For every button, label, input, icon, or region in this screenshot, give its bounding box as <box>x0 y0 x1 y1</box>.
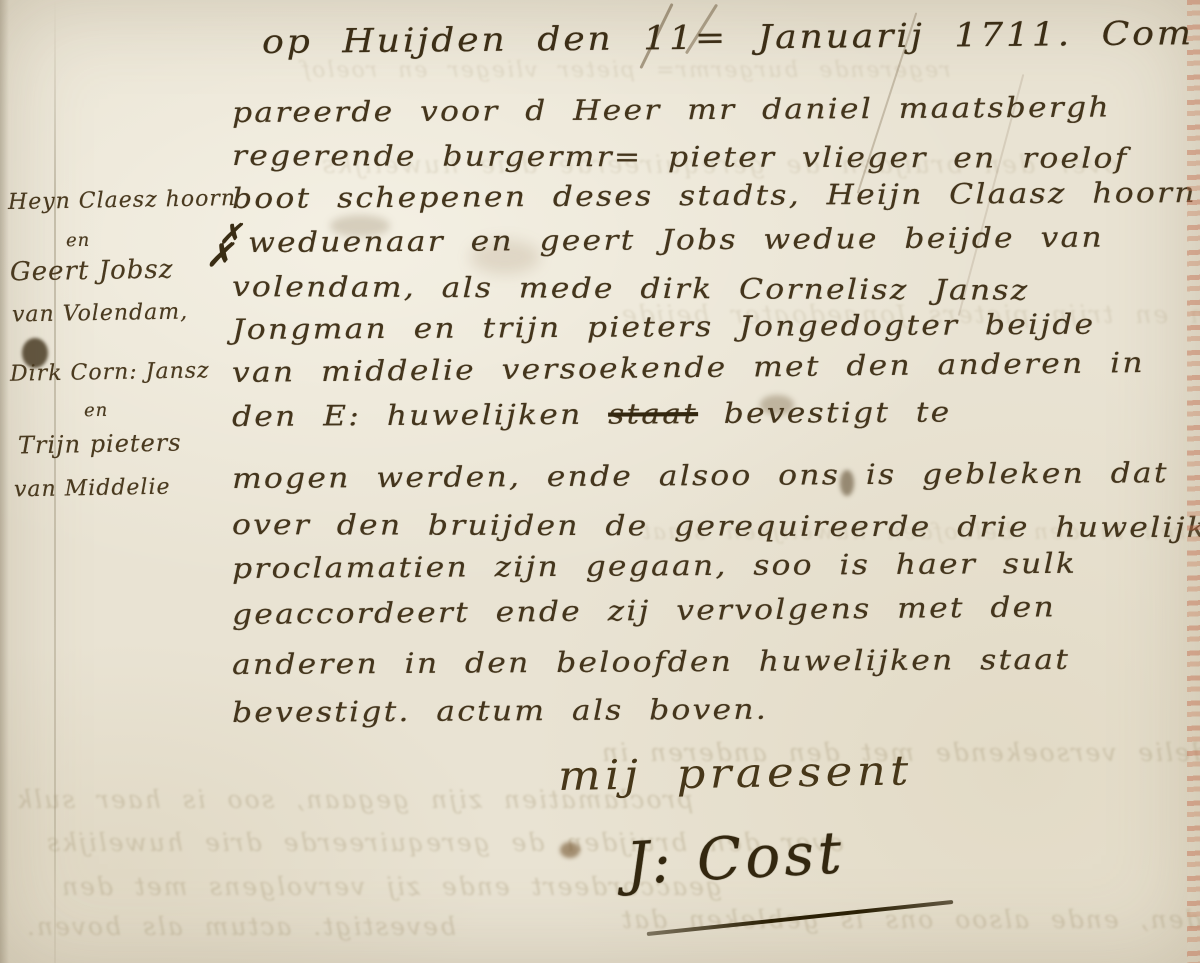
body-line-segment: den E: huwelijken <box>232 398 583 433</box>
body-line: geaccordeert ende zij vervolgens met den <box>232 590 1056 631</box>
manuscript-page: regerende burgermr= pieter vlieger en ro… <box>0 0 1200 963</box>
body-line: boot schepenen deses stadts, Heijn Claas… <box>232 176 1197 215</box>
book-fore-edge <box>1187 0 1200 963</box>
body-line: pareerde voor d Heer mr daniel maatsberg… <box>232 91 1111 129</box>
body-line: anderen in den beloofden huwelijken staa… <box>232 643 1070 681</box>
attestation-line: mij praesent <box>558 746 914 800</box>
body-line: mogen werden, ende alsoo ons is gebleken… <box>232 456 1169 495</box>
body-line: over den bruijden de gerequireerde drie … <box>232 508 1200 544</box>
body-line: van middelie versoekende met den anderen… <box>232 346 1145 389</box>
margin-note-groom1: Heyn Claesz hoorn <box>8 186 236 215</box>
margin-note-bride1: Geert Jobsz <box>10 255 174 288</box>
bleedthrough-text: geaccordeert ende zij vervolgens met den <box>60 872 722 901</box>
body-line-date: op Huijden den 11= Januarij 1711. Com <box>262 13 1194 61</box>
margin-note-conjunction: en <box>66 230 91 251</box>
body-line: proclamatien zijn gegaan, soo is haer su… <box>232 547 1077 585</box>
margin-note-place1: van Volendam, <box>12 299 189 327</box>
bleedthrough-text: bevestigt. actum als boven. <box>25 912 456 941</box>
margin-note-bride2: Trijn pieters <box>18 429 182 460</box>
body-line-with-correction: den E: huwelijken staat bevestigt te <box>232 396 952 433</box>
secretary-signature: J: Cost <box>624 818 847 897</box>
struck-out-word: staat <box>608 397 698 431</box>
insertion-cross-mark: ✗ <box>219 219 242 250</box>
body-line-segment: bevestigt te <box>724 396 952 430</box>
body-line: weduenaar en geert Jobs wedue beijde van <box>248 221 1104 259</box>
body-line: regerende burgermr= pieter vlieger en ro… <box>232 139 1129 175</box>
bleedthrough-text: regerende burgermr= pieter vlieger en ro… <box>300 58 951 83</box>
margin-note-conjunction: en <box>84 400 109 421</box>
margin-note-groom2: Dirk Corn: Jansz <box>10 358 210 386</box>
body-line: volendam, als mede dirk Cornelisz Jansz <box>232 270 1030 307</box>
body-line-actum: bevestigt. actum als boven. <box>232 693 768 729</box>
margin-note-place2: van Middelie <box>14 475 171 503</box>
paper-left-edge <box>0 0 9 963</box>
body-line: Jongman en trijn pieters Jongedogter bei… <box>232 308 1096 346</box>
ink-blot <box>560 842 580 858</box>
